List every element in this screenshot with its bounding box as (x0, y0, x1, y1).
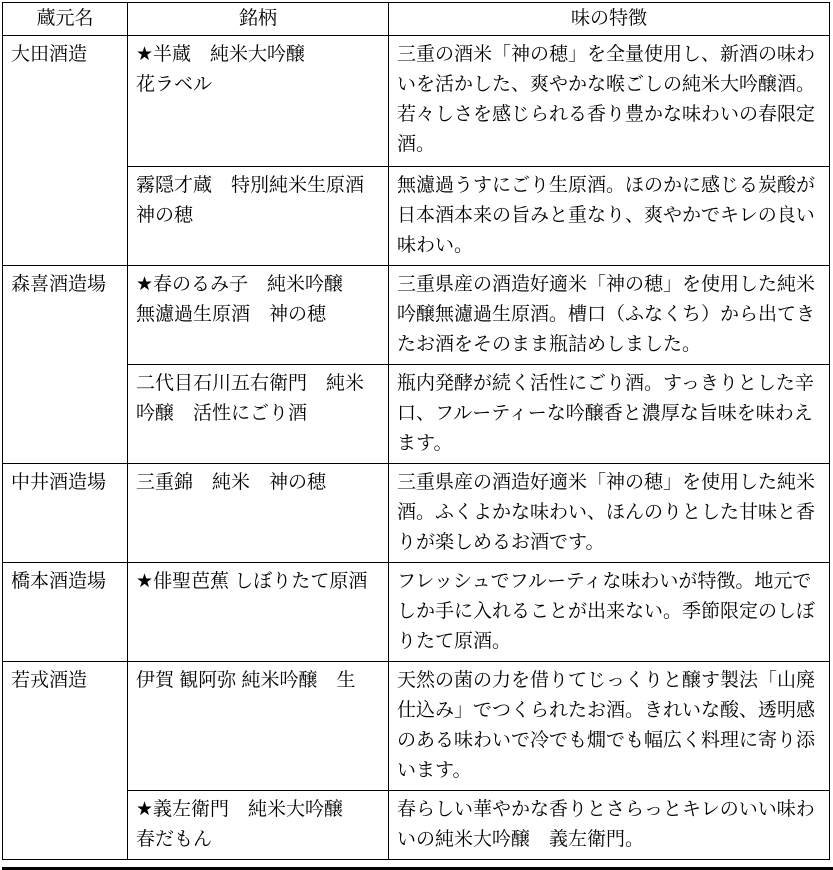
table-row: 二代目石川五右衛門 純米 吟醸 活性にごり酒 瓶内発酵が続く活性にごり酒。すっき… (3, 365, 830, 464)
brand-cell: ★義左衛門 純米大吟醸 春だもん (128, 791, 389, 860)
header-taste: 味の特徴 (389, 3, 830, 36)
brand-cell: 伊賀 観阿弥 純米吟醸 生 (128, 662, 389, 791)
table-row: ★義左衛門 純米大吟醸 春だもん 春らしい華やかな香りとさらっとキレのいい味わい… (3, 791, 830, 860)
header-brand: 銘柄 (128, 3, 389, 36)
taste-cell: 三重県産の酒造好適米「神の穂」を使用した純米酒。ふくよかな味わい、ほんのりとした… (389, 464, 830, 563)
brand-cell: 霧隠才蔵 特別純米生原酒 神の穂 (128, 167, 389, 266)
table-row: 霧隠才蔵 特別純米生原酒 神の穂 無濾過うすにごり生原酒。ほのかに感じる炭酸が日… (3, 167, 830, 266)
brand-cell: ★半蔵 純米大吟醸 花ラベル (128, 36, 389, 167)
header-brewery: 蔵元名 (3, 3, 128, 36)
brand-cell: ★春のるみ子 純米吟醸 無濾過生原酒 神の穂 (128, 266, 389, 365)
table-row: 大田酒造 ★半蔵 純米大吟醸 花ラベル 三重の酒米「神の穂」を全量使用し、新酒の… (3, 36, 830, 167)
table-row: 若戎酒造 伊賀 観阿弥 純米吟醸 生 天然の菌の力を借りてじっくりと醸す製法「山… (3, 662, 830, 791)
sake-brewery-table: 蔵元名 銘柄 味の特徴 大田酒造 ★半蔵 純米大吟醸 花ラベル 三重の酒米「神の… (2, 2, 830, 860)
taste-cell: 三重県産の酒造好適米「神の穂」を使用した純米吟醸無濾過生原酒。槽口（ふなくち）か… (389, 266, 830, 365)
taste-cell: 無濾過うすにごり生原酒。ほのかに感じる炭酸が日本酒本来の旨みと重なり、爽やかでキ… (389, 167, 830, 266)
brewery-cell: 中井酒造場 (3, 464, 128, 563)
brewery-cell: 若戎酒造 (3, 662, 128, 860)
taste-cell: 瓶内発酵が続く活性にごり酒。すっきりとした辛口、フルーティーな吟醸香と濃厚な旨味… (389, 365, 830, 464)
table-row: 森喜酒造場 ★春のるみ子 純米吟醸 無濾過生原酒 神の穂 三重県産の酒造好適米「… (3, 266, 830, 365)
brand-cell: 三重錦 純米 神の穂 (128, 464, 389, 563)
brewery-cell: 橋本酒造場 (3, 563, 128, 662)
taste-cell: 三重の酒米「神の穂」を全量使用し、新酒の味わいを活かした、爽やかな喉ごしの純米大… (389, 36, 830, 167)
brewery-cell: 大田酒造 (3, 36, 128, 266)
brand-cell: ★俳聖芭蕉 しぼりたて原酒 (128, 563, 389, 662)
taste-cell: 天然の菌の力を借りてじっくりと醸す製法「山廃仕込み」でつくられたお酒。きれいな酸… (389, 662, 830, 791)
brand-cell: 二代目石川五右衛門 純米 吟醸 活性にごり酒 (128, 365, 389, 464)
table-row: 中井酒造場 三重錦 純米 神の穂 三重県産の酒造好適米「神の穂」を使用した純米酒… (3, 464, 830, 563)
brewery-cell: 森喜酒造場 (3, 266, 128, 464)
header-row: 蔵元名 銘柄 味の特徴 (3, 3, 830, 36)
table-body: 大田酒造 ★半蔵 純米大吟醸 花ラベル 三重の酒米「神の穂」を全量使用し、新酒の… (3, 36, 830, 860)
taste-cell: フレッシュでフルーティな味わいが特徴。地元でしか手に入れることが出来ない。季節限… (389, 563, 830, 662)
taste-cell: 春らしい華やかな香りとさらっとキレのいい味わいの純米大吟醸 義左衛門。 (389, 791, 830, 860)
table-row: 橋本酒造場 ★俳聖芭蕉 しぼりたて原酒 フレッシュでフルーティな味わいが特徴。地… (3, 563, 830, 662)
document-page: 蔵元名 銘柄 味の特徴 大田酒造 ★半蔵 純米大吟醸 花ラベル 三重の酒米「神の… (0, 0, 833, 843)
table-header: 蔵元名 銘柄 味の特徴 (3, 3, 830, 36)
